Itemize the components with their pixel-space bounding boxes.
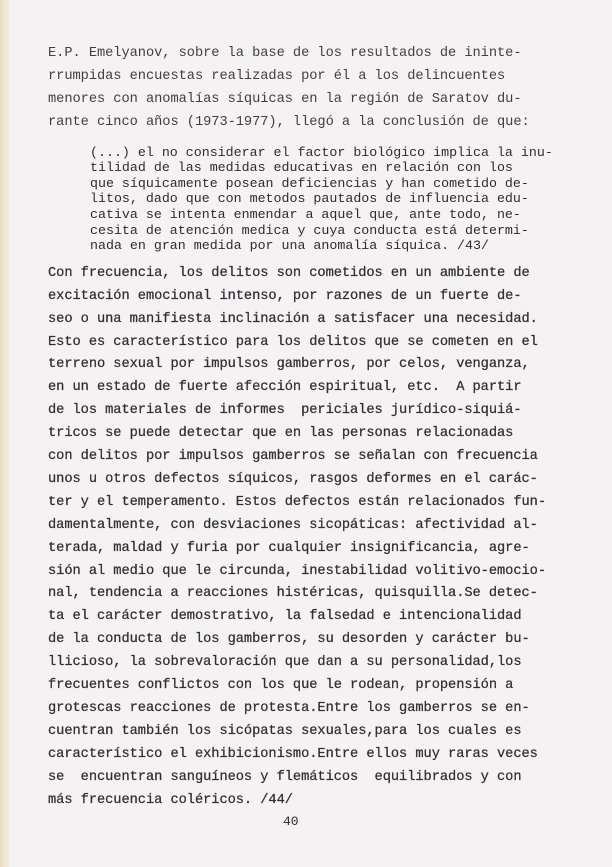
text-line: grotescas reacciones de protesta.Entre l… <box>48 698 578 721</box>
quote-line: que síquicamente posean deficiencias y h… <box>90 176 578 192</box>
text-line: de los materiales de informes periciales… <box>48 400 578 423</box>
text-line: rrumpidas encuestas realizadas por él a … <box>48 66 578 89</box>
text-line: frecuentes conflictos con los que le rod… <box>48 675 578 698</box>
text-line: ter y el temperamento. Estos defectos es… <box>48 492 578 515</box>
text-line: terreno sexual por impulsos gamberros, p… <box>48 354 578 377</box>
text-line: cuentran también los sicópatas sexuales,… <box>48 721 578 744</box>
intro-paragraph: E.P. Emelyanov, sobre la base de los res… <box>48 43 578 135</box>
body-paragraph: Con frecuencia, los delitos son cometido… <box>48 263 578 813</box>
text-line: Con frecuencia, los delitos son cometido… <box>48 263 578 286</box>
quote-line: nada en gran medida por una anomalía síq… <box>90 238 578 254</box>
text-line: excitación emocional intenso, por razone… <box>48 286 578 309</box>
quote-line: (...) el no considerar el factor biológi… <box>90 145 578 161</box>
text-line: característico el exhibicionismo.Entre e… <box>48 744 578 767</box>
text-line: más frecuencia coléricos. /44/ <box>48 790 578 813</box>
text-line: rante cinco años (1973-1977), llegó a la… <box>48 112 578 135</box>
quote-line: tilidad de las medidas educativas en rel… <box>90 160 578 176</box>
text-line: Esto es característico para los delitos … <box>48 332 578 355</box>
text-line: terada, maldad y furia por cualquier ins… <box>48 538 578 561</box>
text-line: en un estado de fuerte afección espiritu… <box>48 377 578 400</box>
text-line: E.P. Emelyanov, sobre la base de los res… <box>48 43 578 66</box>
text-line: nal, tendencia a reacciones histéricas, … <box>48 583 578 606</box>
document-page: E.P. Emelyanov, sobre la base de los res… <box>0 0 612 867</box>
quote-line: cesita de atención medica y cuya conduct… <box>90 223 578 239</box>
text-line: unos u otros defectos síquicos, rasgos d… <box>48 469 578 492</box>
text-line: tricos se puede detectar que en las pers… <box>48 423 578 446</box>
text-line: damentalmente, con desviaciones sicopáti… <box>48 515 578 538</box>
text-line: llicioso, la sobrevaloración que dan a s… <box>48 652 578 675</box>
block-quote: (...) el no considerar el factor biológi… <box>90 145 578 254</box>
page-content: E.P. Emelyanov, sobre la base de los res… <box>48 43 578 813</box>
quote-line: cativa se intenta enmendar a aquel que, … <box>90 207 578 223</box>
text-line: de la conducta de los gamberros, su deso… <box>48 629 578 652</box>
page-number: 40 <box>283 814 299 829</box>
text-line: seo o una manifiesta inclinación a satis… <box>48 309 578 332</box>
quote-line: litos, dado que con metodos pautados de … <box>90 191 578 207</box>
text-line: con delitos por impulsos gamberros se se… <box>48 446 578 469</box>
text-line: sión al medio que le circunda, inestabil… <box>48 561 578 584</box>
page-binding-edge <box>0 0 9 867</box>
text-line: menores con anomalías síquicas en la reg… <box>48 89 578 112</box>
text-line: se encuentran sanguíneos y flemáticos eq… <box>48 767 578 790</box>
text-line: ta el carácter demostrativo, la falsedad… <box>48 606 578 629</box>
